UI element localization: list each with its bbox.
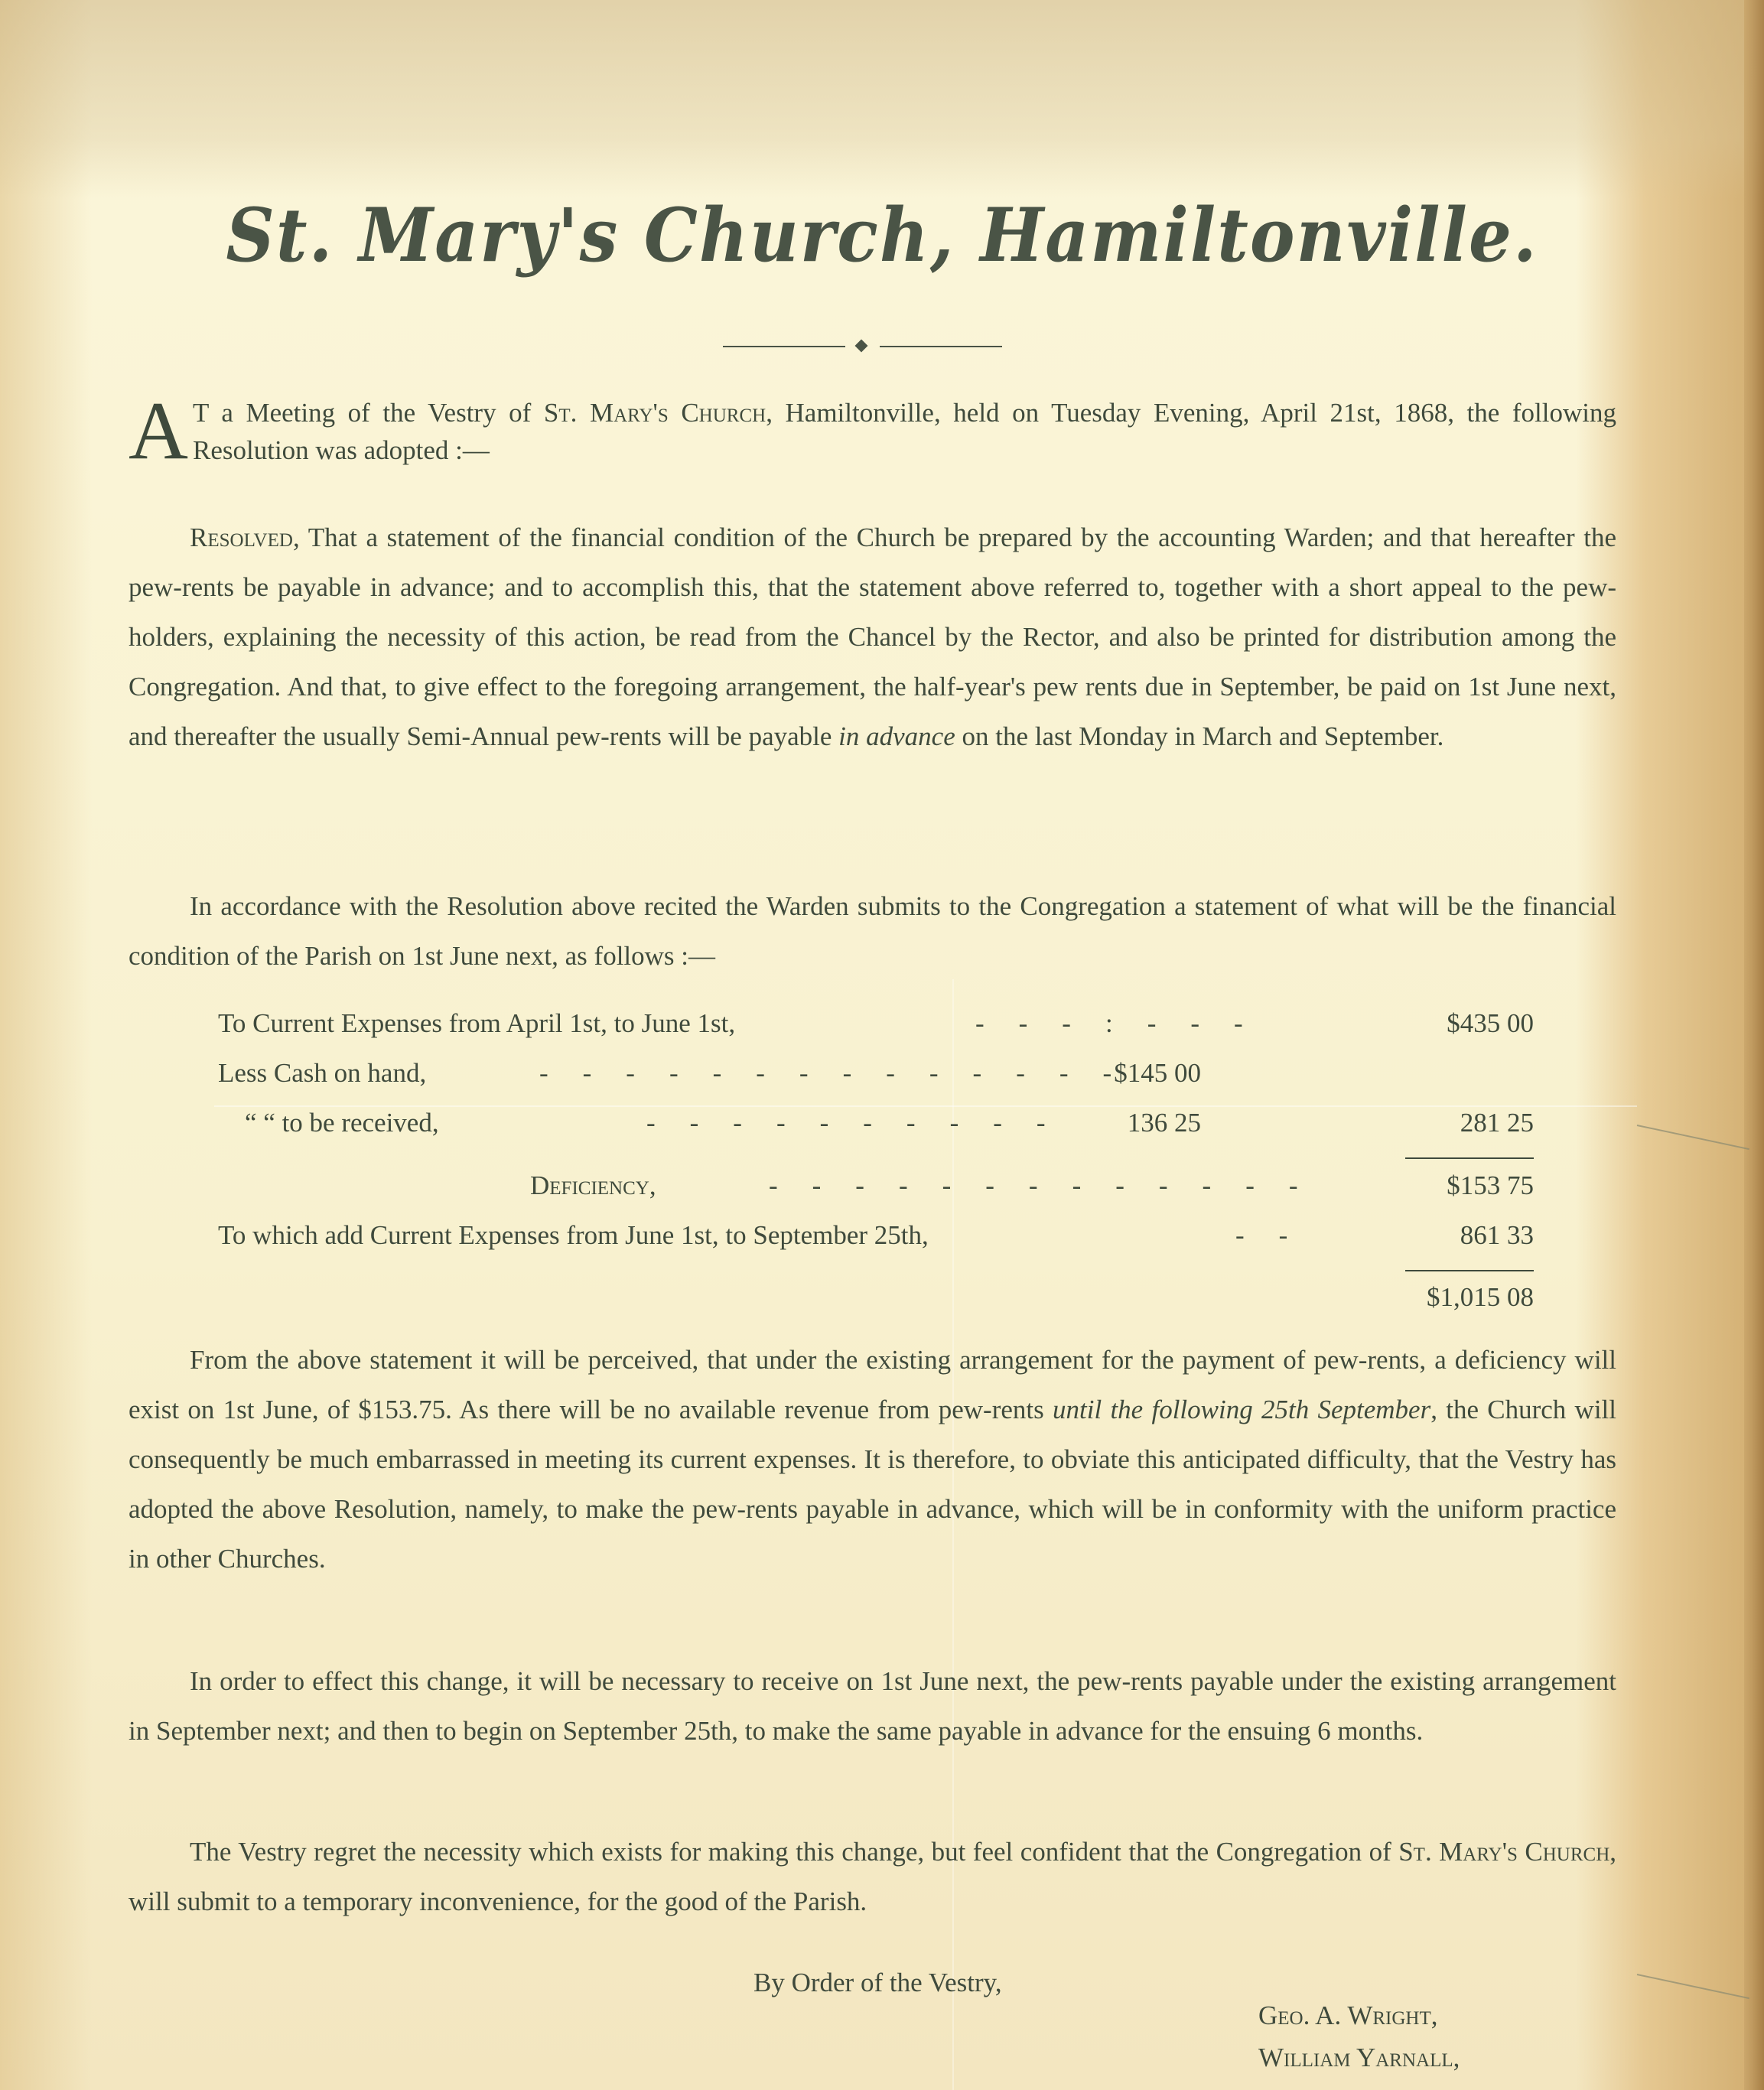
sum-rule: [1405, 1157, 1534, 1159]
deficiency-label: Deficiency,: [530, 1170, 656, 1201]
regret-paragraph: The Vestry regret the necessity which ex…: [129, 1827, 1616, 1926]
resolution-paragraph: Resolved, That a statement of the financ…: [129, 513, 1616, 761]
leader-dots: - - - : - - -: [975, 1008, 1245, 1039]
statement-row: Deficiency, - - - - - - - - - - - - - $1…: [218, 1170, 1534, 1209]
row-label: To which add Current Expenses from June …: [218, 1220, 929, 1251]
perceived-paragraph: From the above statement it will be perc…: [129, 1335, 1616, 1584]
resolution-text: , That a statement of the financial cond…: [129, 522, 1616, 751]
row-label: To Current Expenses from April 1st, to J…: [218, 1008, 735, 1039]
total-value: $435 00: [1381, 1008, 1534, 1039]
grand-total-value: $1,015 08: [1381, 1282, 1534, 1313]
total-value: 861 33: [1381, 1220, 1534, 1251]
subtotal-value: 136 25: [1048, 1108, 1201, 1138]
accordance-paragraph: In accordance with the Resolution above …: [129, 881, 1616, 981]
statement-row: Less Cash on hand, - - - - - - - - - - -…: [218, 1058, 1534, 1096]
title-ornament: [723, 343, 1002, 350]
statement-row: To which add Current Expenses from June …: [218, 1220, 1534, 1258]
fold-crease-horizontal: [214, 1105, 1637, 1107]
signatory-name: Geo. A. Wright,: [1258, 2000, 1437, 2031]
subtotal-value: $145 00: [1048, 1058, 1201, 1089]
change-paragraph: In order to effect this change, it will …: [129, 1656, 1616, 1756]
row-label: Less Cash on hand,: [218, 1058, 426, 1089]
statement-row: “ “ to be received, - - - - - - - - - - …: [218, 1108, 1534, 1146]
leader-dots: - -: [1235, 1220, 1289, 1251]
church-name: St. Mary's Church: [1398, 1837, 1609, 1867]
intro-text: T a Meeting of the Vestry of: [193, 398, 544, 428]
deficiency-value: $153 75: [1381, 1170, 1534, 1201]
drop-cap: A: [129, 397, 188, 466]
intro-paragraph: AT a Meeting of the Vestry of St. Mary's…: [129, 394, 1616, 469]
sum-rule: [1405, 1270, 1534, 1271]
resolution-text-end: on the last Monday in March and Septembe…: [955, 721, 1444, 751]
regret-text: The Vestry regret the necessity which ex…: [190, 1837, 1398, 1867]
signatory-name: William Yarnall,: [1258, 2043, 1460, 2073]
document-title: St. Mary's Church, Hamiltonville.: [0, 191, 1764, 278]
row-label: “ “ to be received,: [245, 1108, 439, 1138]
in-advance-emphasis: in advance: [838, 721, 955, 751]
leader-dots: - - - - - - - - - - - - - -: [539, 1058, 1113, 1089]
resolved-lead: Resolved: [190, 522, 293, 552]
statement-row: To Current Expenses from April 1st, to J…: [218, 1008, 1534, 1047]
total-value: 281 25: [1381, 1108, 1534, 1138]
leader-dots: - - - - - - - - - -: [646, 1108, 1047, 1138]
by-order-line: By Order of the Vestry,: [753, 1968, 1002, 1998]
leader-dots: - - - - - - - - - - - - -: [769, 1170, 1300, 1201]
paper-edge: [1744, 0, 1764, 2090]
ornament-line-right: [880, 346, 1002, 347]
until-date-emphasis: until the following 25th September: [1053, 1395, 1430, 1424]
ornament-line-left: [723, 346, 845, 347]
statement-row-grand-total: $1,015 08: [218, 1282, 1534, 1320]
church-name: St. Mary's Church: [544, 398, 766, 428]
